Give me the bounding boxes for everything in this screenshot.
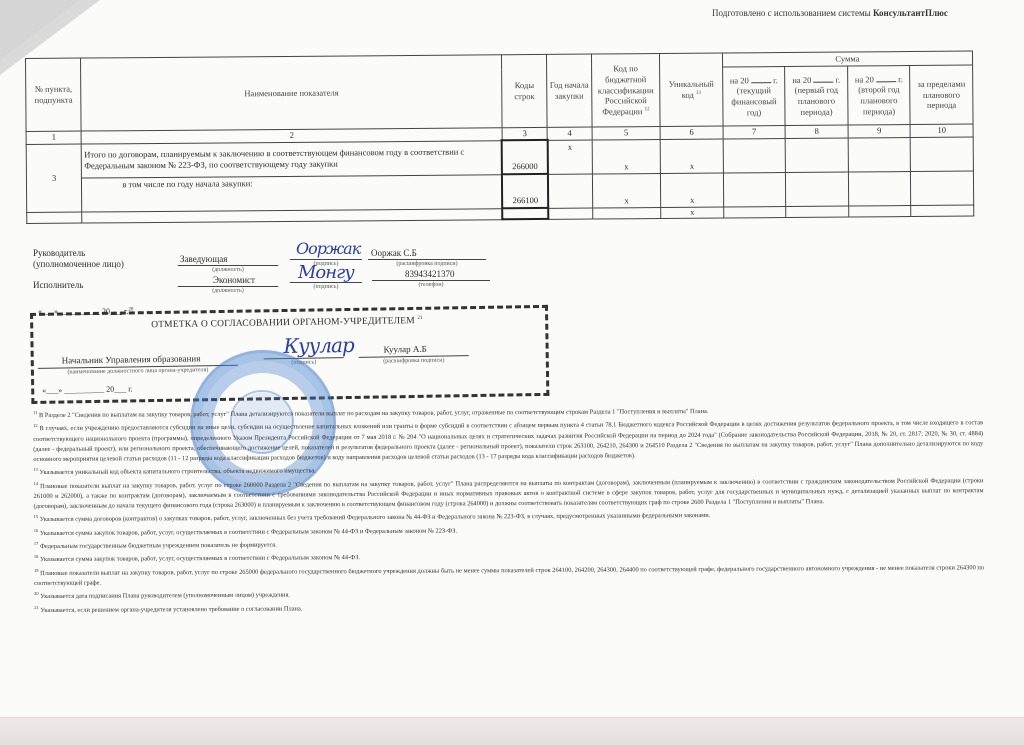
executor-signature: Монгу — [298, 262, 354, 283]
col-header-row-codes: Коды строк — [501, 54, 547, 127]
head-signature: Ооржак — [296, 239, 360, 258]
head-position-caption: (должность) — [178, 267, 278, 273]
col-header-budget-code: Код по бюджетной классификации Российско… — [591, 54, 660, 128]
head-signature-line — [290, 259, 362, 260]
head-position: Заведующая — [180, 254, 227, 264]
col-header-unique-code: Уникальный код 13 — [660, 53, 723, 126]
approval-name-caption: (расшифровка подписи) — [359, 357, 469, 365]
executor-position-line — [178, 286, 278, 287]
col-header-current-year: на 20 г. (текущий финансовый год) — [722, 67, 785, 126]
col-header-item-number: № пункта, подпункта — [26, 58, 82, 131]
footnote: 12 В случаях, если учреждению предоставл… — [33, 416, 983, 466]
head-name: Ооржак С.Б — [371, 248, 417, 258]
executor-signature-line — [290, 282, 362, 283]
head-name-caption: (расшифровка подписи) — [368, 261, 486, 267]
approval-name: Куулар А.Б — [384, 344, 427, 355]
col-header-indicator-name: Наименование показателя — [81, 55, 502, 131]
approval-date: «___» __________ 20___ г. — [42, 384, 133, 394]
head-label: Руководитель — [33, 248, 85, 258]
executor-phone: 83943421370 — [405, 269, 455, 279]
approval-signature: Куулар — [283, 333, 354, 358]
executor-label: Исполнитель — [33, 280, 83, 290]
executor-position: Экономист — [213, 275, 255, 285]
executor-position-caption: (должность) — [178, 288, 278, 294]
col-header-second-plan-year: на 20 г. (второй год планового периода) — [847, 66, 910, 125]
approval-title: ОТМЕТКА О СОГЛАСОВАНИИ ОРГАНОМ-УЧРЕДИТЕЛ… — [151, 316, 423, 330]
executor-phone-line — [372, 280, 490, 281]
approval-position: Начальник Управления образования — [62, 353, 201, 365]
head-label-sub: (уполномоченное лицо) — [33, 259, 124, 269]
scan-edge — [0, 717, 1024, 745]
consultant-brand: КонсультантПлюс — [873, 8, 948, 18]
purchases-table: № пункта, подпункта Наименование показат… — [25, 51, 974, 224]
head-name-line — [368, 259, 486, 260]
footnotes: 11 В Разделе 2 "Сведения по выплатам на … — [33, 402, 984, 616]
executor-phone-caption: (телефон) — [372, 282, 490, 288]
col-header-first-plan-year: на 20 г. (первый год планового периода) — [785, 66, 848, 125]
head-position-line — [178, 265, 278, 266]
col-header-beyond-plan: за пределами планового периода — [910, 65, 973, 124]
prepared-with-note: Подготовлено с использованием системы Ко… — [712, 8, 948, 18]
executor-signature-caption: (подпись) — [290, 284, 362, 290]
col-header-purchase-year: Год начала закупки — [547, 54, 592, 127]
